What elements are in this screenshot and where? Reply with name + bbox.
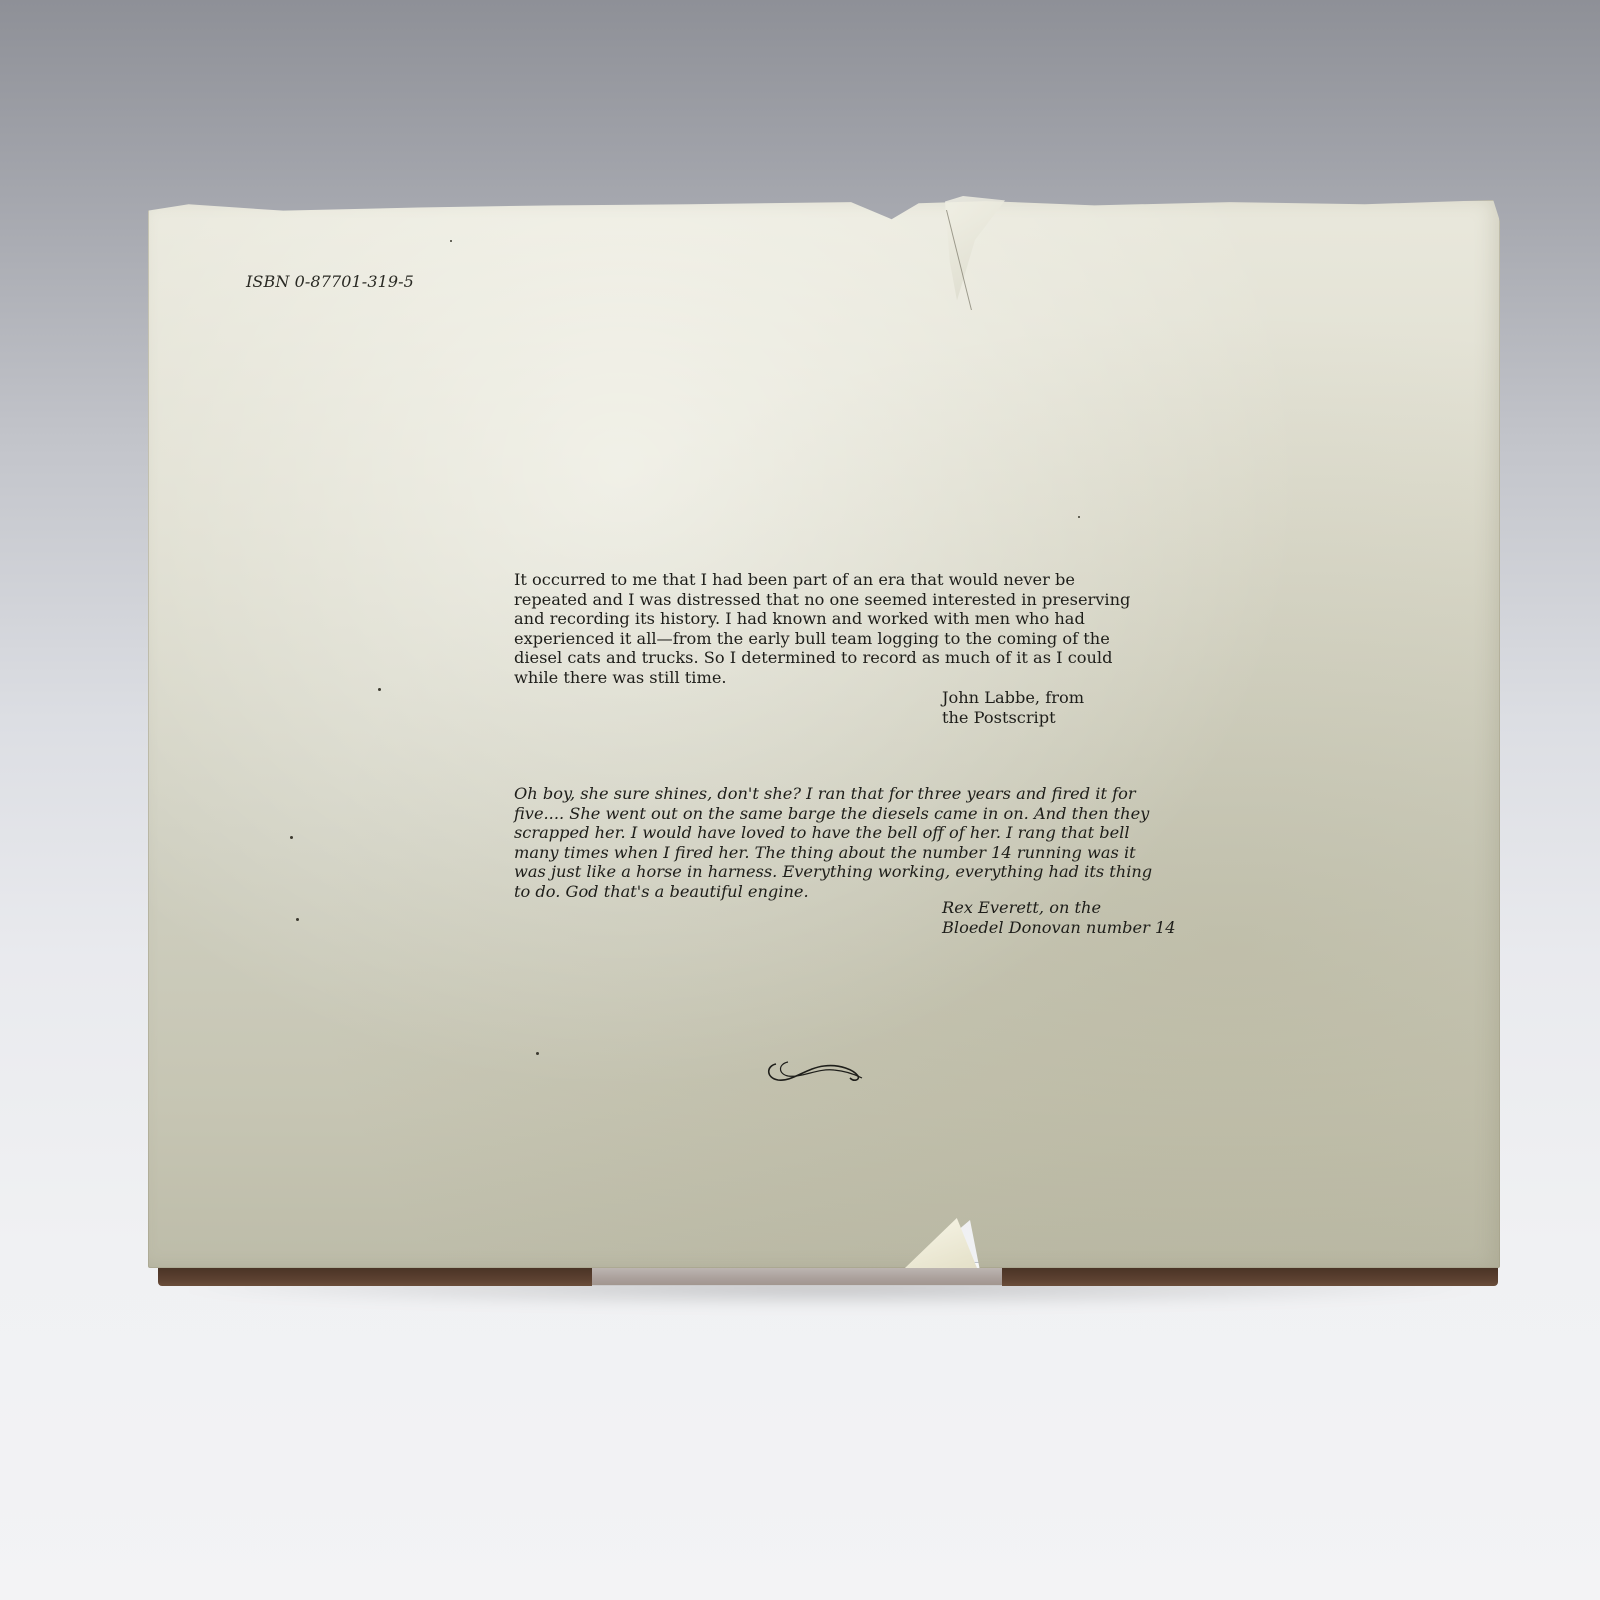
isbn-label: ISBN 0-87701-319-5 bbox=[246, 272, 414, 291]
quote-rex-everett: Oh boy, she sure shines, don't she? I ra… bbox=[514, 784, 1194, 902]
stain-speck bbox=[378, 688, 381, 691]
stain-speck bbox=[290, 836, 293, 839]
dust-jacket-back-cover bbox=[148, 200, 1500, 1268]
quote-john-labbe: It occurred to me that I had been part o… bbox=[514, 570, 1194, 688]
stain-speck bbox=[450, 240, 452, 242]
stain-speck bbox=[1078, 516, 1080, 518]
flourish-icon bbox=[762, 1058, 866, 1086]
attribution-rex-everett: Rex Everett, on the Bloedel Donovan numb… bbox=[942, 898, 1176, 937]
stain-speck bbox=[536, 1052, 539, 1055]
stain-speck bbox=[296, 918, 299, 921]
attribution-john-labbe: John Labbe, from the Postscript bbox=[942, 688, 1084, 727]
